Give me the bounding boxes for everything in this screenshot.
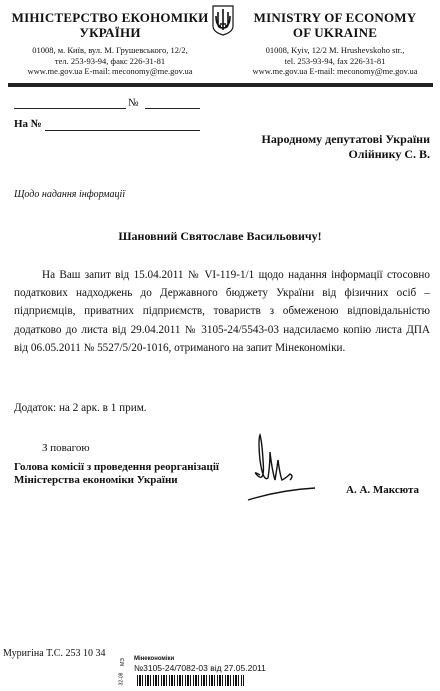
closing: З повагою bbox=[42, 442, 90, 454]
coat-of-arms-icon bbox=[211, 4, 235, 36]
subject: Щодо надання інформації bbox=[14, 189, 125, 200]
addressee: Народному депутатові України Олійнику С.… bbox=[262, 132, 430, 162]
address-ua-line2: тел. 253-93-94, факс 226-31-81 bbox=[10, 56, 210, 67]
ministry-name-en-line2: OF UKRAINE bbox=[240, 25, 430, 40]
ministry-name-en-line1: MINISTRY OF ECONOMY bbox=[240, 10, 430, 25]
signature bbox=[230, 430, 330, 505]
attachment-note: Додаток: на 2 арк. в 1 прим. bbox=[14, 402, 147, 414]
reply-to-line bbox=[45, 130, 200, 131]
salutation: Шановний Святославе Васильовичу! bbox=[0, 229, 440, 244]
signatory-position-line1: Голова комісії з проведення реорганізаці… bbox=[14, 461, 219, 474]
address-en-line1: 01008, Kyiv, 12/2 M. Hrushevskoho str., bbox=[240, 45, 430, 56]
letter-body: На Ваш запит від 15.04.2011 № VI-119-1/1… bbox=[14, 266, 430, 357]
address-en-line2: tel. 253-93-94, fax 226-31-81 bbox=[240, 56, 430, 67]
address-en-line3: www.me.gov.ua E-mail: meconomy@me.gov.ua bbox=[240, 66, 430, 77]
header-divider bbox=[8, 83, 433, 87]
outgoing-date-line bbox=[14, 108, 126, 109]
reply-to-label: На № bbox=[14, 118, 42, 130]
barcode bbox=[137, 675, 244, 686]
signatory-position-line2: Міністерства економіки України bbox=[14, 474, 219, 487]
header-left: МІНІСТЕРСТВО ЕКОНОМІКИ УКРАЇНИ 01008, м.… bbox=[10, 10, 210, 77]
addressee-line1: Народному депутатові України bbox=[262, 132, 430, 147]
address-ua-line3: www.me.gov.ua E-mail: meconomy@me.gov.ua bbox=[10, 66, 210, 77]
ministry-name-ua-line1: МІНІСТЕРСТВО ЕКОНОМІКИ bbox=[10, 10, 210, 25]
signatory-position: Голова комісії з проведення реорганізаці… bbox=[14, 461, 219, 486]
stamp-reg-number: №3105-24/7082-03 від 27.05.2011 bbox=[134, 663, 266, 673]
ministry-name-ua-line2: УКРАЇНИ bbox=[10, 25, 210, 40]
address-ua-line1: 01008, м. Київ, вул. М. Грушевського, 12… bbox=[10, 45, 210, 56]
outgoing-number-label: № bbox=[128, 97, 139, 109]
signatory-name: А. А. Максюта bbox=[346, 484, 419, 496]
outgoing-number-line bbox=[145, 108, 200, 109]
stamp-side-bottom: 32-08 bbox=[118, 673, 124, 686]
header-right: MINISTRY OF ECONOMY OF UKRAINE 01008, Ky… bbox=[240, 10, 430, 77]
addressee-line2: Олійнику С. В. bbox=[262, 147, 430, 162]
stamp-org: Мінекономіки bbox=[134, 656, 174, 662]
executor-contact: Муригіна Т.С. 253 10 34 bbox=[3, 648, 105, 659]
stamp-side-top: МЭ bbox=[120, 658, 126, 666]
registration-stamp: МЭ 32-08 Мінекономіки №3105-24/7082-03 в… bbox=[125, 656, 285, 690]
